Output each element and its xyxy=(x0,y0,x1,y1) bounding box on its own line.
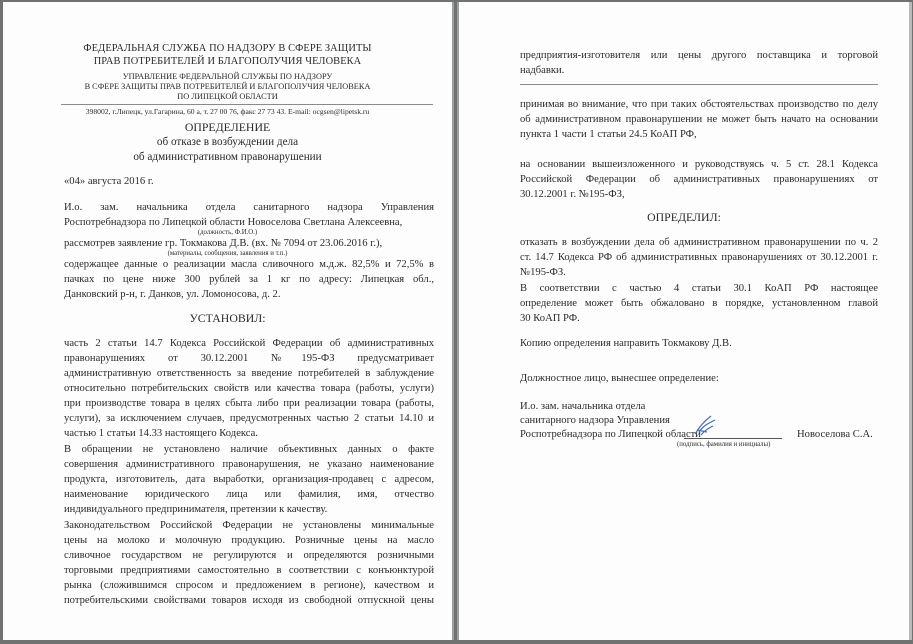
decision-line-2: ст. 14.7 Кодекса РФ об административных … xyxy=(520,250,878,265)
agency-name-line-2: ПРАВ ПОТРЕБИТЕЛЕЙ И БЛАГОПОЛУЧИЯ ЧЕЛОВЕК… xyxy=(3,55,452,68)
para1-line-2: правонарушениях от 30.12.2001 №195-ФЗ пр… xyxy=(64,351,434,366)
para3-line-3: сливочное государством не регулируются и… xyxy=(64,548,434,563)
signatory-line-2: санитарного надзора Управления xyxy=(520,413,670,428)
para2-line-5: индивидуального предпринимателя, претенз… xyxy=(64,502,327,517)
basis-line-1: на основании вышеизложенного и руководст… xyxy=(520,157,878,172)
document-date: «04» августа 2016 г. xyxy=(64,174,154,189)
para2-line-2: совершения административного правонаруше… xyxy=(64,457,434,472)
content-line-1: содержащее данные о реализации масла сли… xyxy=(64,257,434,272)
section-divider xyxy=(520,84,878,85)
reviewed-caption: (материалы, сообщения, заявления и т.п.) xyxy=(3,250,452,257)
document-page-2: предприятия-изготовителя или цены другог… xyxy=(457,2,912,640)
agency-name-line-1: ФЕДЕРАЛЬНАЯ СЛУЖБА ПО НАДЗОРУ В СФЕРЕ ЗА… xyxy=(3,42,452,55)
para3-line-1: Законодательством Российской Федерации н… xyxy=(64,518,434,533)
document-subtitle-line-2: об административном правонарушении xyxy=(3,150,452,165)
official-caption: (должность, Ф.И.О.) xyxy=(3,229,452,236)
signatory-line-1: И.о. зам. начальника отдела xyxy=(520,399,645,414)
department-line-3: ПО ЛИПЕЦКОЙ ОБЛАСТИ xyxy=(3,91,452,102)
para2-line-4: наименование юридического лица или фамил… xyxy=(64,487,434,502)
para3-line-2: цены на молоко и молочную продукцию. Роз… xyxy=(64,533,434,548)
basis-line-2: Российской Федерации об административных… xyxy=(520,172,878,187)
decided-heading: ОПРЕДЕЛИЛ: xyxy=(499,210,869,225)
appeal-line-2: определение может быть обжаловано в поря… xyxy=(520,296,878,311)
document-subtitle-line-1: об отказе в возбуждении дела xyxy=(3,135,452,150)
decision-line-3: №195-ФЗ. xyxy=(520,265,566,280)
document-page-1: ФЕДЕРАЛЬНАЯ СЛУЖБА ПО НАДЗОРУ В СФЕРЕ ЗА… xyxy=(3,2,454,640)
content-line-2: пачках по цене ниже 300 рублей за 1 кг п… xyxy=(64,272,434,287)
para2-line-3: продукта, изготовитель, дата выработки, … xyxy=(64,472,434,487)
para1-line-3: административную ответственность за введ… xyxy=(64,366,434,381)
para3-line-4: торговыми предприятиями самостоятельно в… xyxy=(64,563,434,578)
para1-line-4: относительно потребительских свойств или… xyxy=(64,381,434,396)
para3-line-6: потребительскими свойствами товаров исхо… xyxy=(64,593,434,608)
copy-instruction: Копию определения направить Токмакову Д.… xyxy=(520,336,732,351)
official-line-2: Роспотребнадзора по Липецкой области Нов… xyxy=(64,215,402,230)
established-heading: УСТАНОВИЛ: xyxy=(3,311,452,326)
para1-line-7: частью 1 статьи 14.33 настоящего Кодекса… xyxy=(64,426,258,441)
para3-line-5: рынка (сложившимся спросом и предложение… xyxy=(64,578,434,593)
continuation-line-2: надбавки. xyxy=(520,63,564,78)
considering-line-3: пункта 1 части 1 статьи 24.5 КоАП РФ, xyxy=(520,127,697,142)
signature-icon xyxy=(691,414,719,436)
para1-line-5: при производстве товара в целях сбыта ли… xyxy=(64,396,434,411)
official-heading: Должностное лицо, вынесшее определение: xyxy=(520,371,719,386)
signer-name: Новоселова С.А. xyxy=(797,427,873,442)
header-divider xyxy=(61,104,433,105)
continuation-line-1: предприятия-изготовителя или цены другог… xyxy=(520,48,878,63)
agency-address: 398002, г.Липецк, ул.Гагарина, 60 а, т. … xyxy=(3,107,452,116)
considering-line-1: принимая во внимание, что при таких обст… xyxy=(520,97,878,112)
appeal-line-3: 30 КоАП РФ. xyxy=(520,311,580,326)
signatory-line-3: Роспотребнадзора по Липецкой области xyxy=(520,427,701,442)
signature-line xyxy=(684,438,782,439)
reviewed-statement: рассмотрев заявление гр. Токмакова Д.В. … xyxy=(64,236,382,251)
considering-line-2: об административном правонарушении не мо… xyxy=(520,112,878,127)
para1-line-1: часть 2 статьи 14.7 Кодекса Российской Ф… xyxy=(64,336,434,351)
official-line-1: И.о. зам. начальника отдела санитарного … xyxy=(64,200,434,215)
decision-line-1: отказать в возбуждении дела об администр… xyxy=(520,235,878,250)
document-title: ОПРЕДЕЛЕНИЕ xyxy=(3,120,452,135)
appeal-line-1: В соответствии с частью 4 статьи 30.1 Ко… xyxy=(520,281,878,296)
para2-line-1: В обращении не установлено наличие объек… xyxy=(64,442,434,457)
para1-line-6: услуги), за исключением случаев, предусм… xyxy=(64,411,434,426)
signature-caption: (подпись, фамилия и инициалы) xyxy=(677,441,770,448)
content-line-3: Данковский р-н, г. Данков, ул. Ломоносов… xyxy=(64,287,280,302)
basis-line-3: 30.12.2001 г. №195-ФЗ, xyxy=(520,187,625,202)
